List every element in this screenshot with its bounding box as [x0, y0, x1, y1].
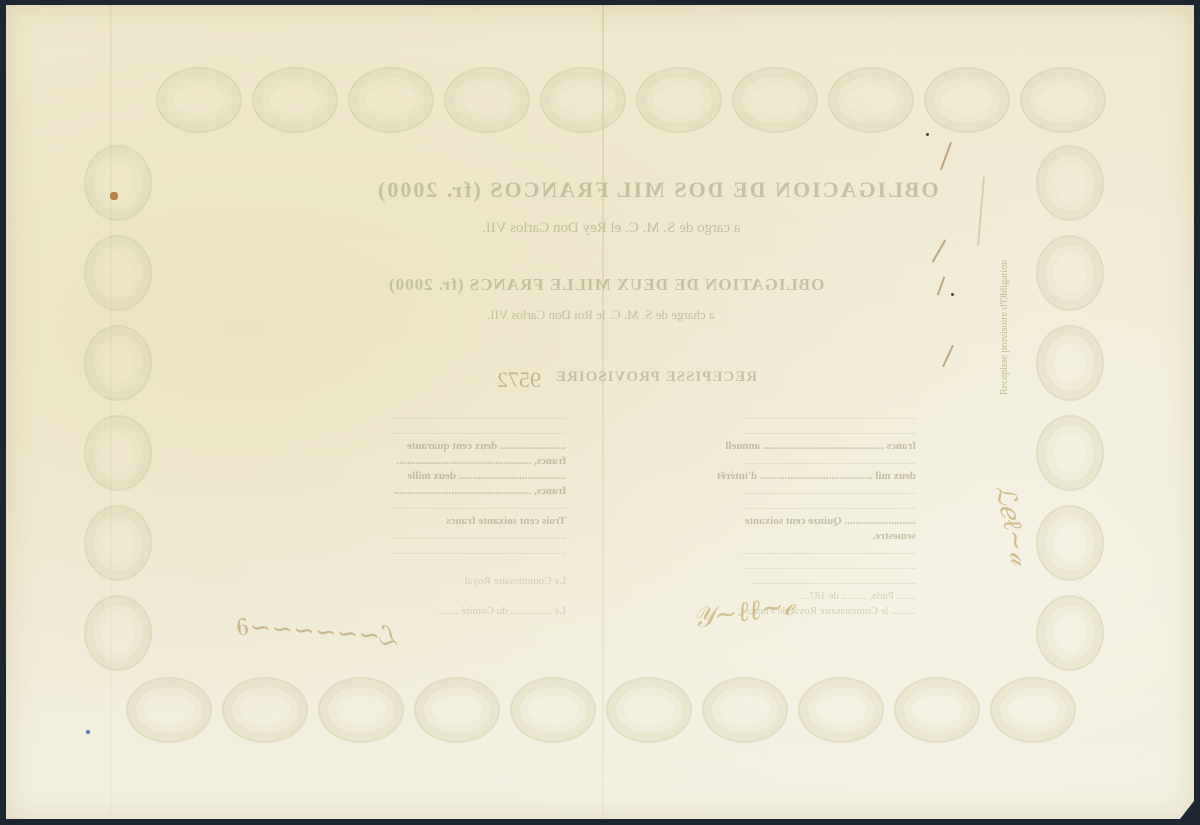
- rosette-ornament: [222, 677, 308, 743]
- rosette-ornament: [702, 677, 788, 743]
- paragraph-line: deux mil ...............................…: [646, 469, 916, 484]
- ink-mark: [940, 142, 952, 171]
- rosette-ornament: [1036, 505, 1104, 581]
- rosette-ornament: [510, 677, 596, 743]
- rosette-ornament: [156, 67, 242, 133]
- rosette-ornament: [84, 235, 152, 311]
- receipt-heading-text: RECEPISSE PROVISOIRE: [555, 369, 757, 386]
- rosette-ornament: [732, 67, 818, 133]
- ink-mark: [932, 239, 947, 263]
- rosette-ornament: [1036, 235, 1104, 311]
- rosette-ornament: [84, 325, 152, 401]
- paragraph-line: ........................................…: [221, 499, 566, 514]
- paragraph-line: ........................ deux cent quara…: [221, 439, 566, 454]
- rosette-ornament: [84, 415, 152, 491]
- paragraph-line: ....................................... …: [221, 469, 566, 484]
- title-spanish: OBLIGACION DE DOS MIL FRANCOS (fr. 2000): [376, 177, 846, 203]
- rosette-ornament: [1020, 67, 1106, 133]
- subtitle-french-text: a charge de S. M. C. le Roi Don Carlos V…: [487, 307, 715, 323]
- side-margin-text: Recepisse provisoire d'Obligation: [999, 155, 1019, 395]
- subtitle-spanish: a cargo de S. M. C. el Rey Don Carlos VI…: [426, 220, 796, 237]
- paragraph-line: ........................................…: [646, 424, 916, 439]
- rosette-ornament: [348, 67, 434, 133]
- paragraph-line: francs, ................................…: [221, 454, 566, 469]
- rosette-ornament: [828, 67, 914, 133]
- title-french: OBLIGATION DE DEUX MILLE FRANCS (fr. 200…: [376, 275, 836, 295]
- paragraph-line: .......................... Quinze cent s…: [646, 514, 916, 529]
- rosette-ornament: [894, 677, 980, 743]
- stain-spot: [926, 133, 929, 136]
- certificate-number: 9572: [464, 367, 574, 393]
- rosette-ornament: [318, 677, 404, 743]
- left-body-paragraph: ........................................…: [221, 409, 566, 619]
- paragraph-line: francs .................................…: [646, 439, 916, 454]
- title-spanish-text: OBLIGACION DE DOS MIL FRANCOS (fr. 2000): [376, 177, 939, 203]
- rosette-ornament: [924, 67, 1010, 133]
- ink-mark: [937, 276, 946, 295]
- torn-corner: [1180, 801, 1194, 819]
- rosette-ornament: [444, 67, 530, 133]
- paragraph-line: ........................................…: [221, 409, 566, 424]
- rosette-ornament: [606, 677, 692, 743]
- side-margin-text-content: Recepisse provisoire d'Obligation: [999, 260, 1010, 395]
- subtitle-spanish-text: a cargo de S. M. C. el Rey Don Carlos VI…: [482, 220, 741, 237]
- subtitle-french: a charge de S. M. C. le Roi Don Carlos V…: [436, 307, 766, 323]
- rosette-ornament: [540, 67, 626, 133]
- title-french-text: OBLIGATION DE DEUX MILLE FRANCS (fr. 200…: [388, 275, 824, 295]
- certificate-number-text: 9572: [497, 367, 541, 393]
- rosette-ornament: [798, 677, 884, 743]
- rosette-ornament: [1036, 325, 1104, 401]
- rosette-ornament: [84, 595, 152, 671]
- left-ornamental-border: [84, 145, 152, 671]
- stain-spot: [86, 730, 90, 734]
- rosette-ornament: [1036, 595, 1104, 671]
- stain-spot: [951, 293, 954, 296]
- paragraph-line: ........................................…: [646, 574, 916, 589]
- rosette-ornament: [252, 67, 338, 133]
- paragraph-line: ........................................…: [221, 424, 566, 439]
- rosette-ornament: [84, 505, 152, 581]
- rosette-ornament: [1036, 145, 1104, 221]
- paragraph-line: ........................................…: [646, 559, 916, 574]
- ink-mark: [977, 176, 985, 246]
- ink-mark: [942, 345, 954, 368]
- rosette-ornament: [1036, 415, 1104, 491]
- right-ornamental-border: [1036, 145, 1104, 671]
- paragraph-line: ........................................…: [646, 484, 916, 499]
- top-ornamental-border: [156, 67, 1106, 133]
- bottom-ornamental-border: [126, 677, 1076, 743]
- document-paper: OBLIGACION DE DOS MIL FRANCOS (fr. 2000)…: [6, 5, 1194, 819]
- stain-spot: [110, 192, 118, 200]
- paragraph-line: ........................................…: [646, 499, 916, 514]
- paragraph-line: ........................................…: [646, 409, 916, 424]
- paragraph-line: Le Commissaire Royal: [221, 574, 566, 589]
- paragraph-line: francs, ................................…: [221, 484, 566, 499]
- rosette-ornament: [636, 67, 722, 133]
- rosette-ornament: [990, 677, 1076, 743]
- right-body-paragraph: ........................................…: [646, 409, 916, 619]
- paragraph-line: ........................................…: [646, 454, 916, 469]
- paragraph-line: Trois cent soixante francs: [221, 514, 566, 529]
- paragraph-line: semestre.: [646, 529, 916, 544]
- paragraph-line: ........................................…: [646, 544, 916, 559]
- paragraph-line: [221, 559, 566, 574]
- rosette-ornament: [126, 677, 212, 743]
- paragraph-line: [221, 589, 566, 604]
- paragraph-line: ........................................…: [221, 544, 566, 559]
- rosette-ornament: [84, 145, 152, 221]
- right-margin-signature: ℒℯℓ~𝒶: [988, 483, 1035, 569]
- paragraph-line: ........................................…: [221, 529, 566, 544]
- rosette-ornament: [414, 677, 500, 743]
